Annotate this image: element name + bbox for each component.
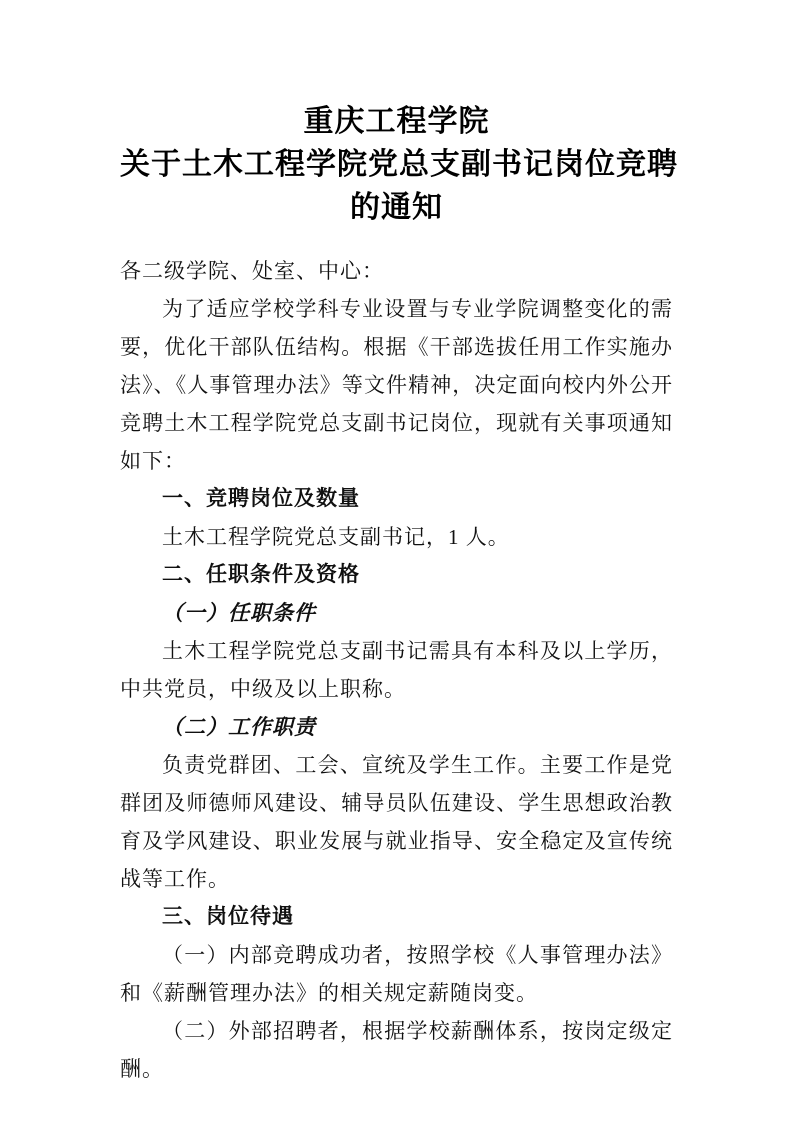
section-heading-qualifications: 二、任职条件及资格 — [120, 556, 673, 594]
subsection-heading-requirements: （一）任职条件 — [120, 594, 673, 632]
title-org-name: 重庆工程学院 — [120, 100, 673, 143]
document-body: 各二级学院、处室、中心： 为了适应学校学科专业设置与专业学院调整变化的需要，优化… — [120, 252, 673, 1088]
section-heading-positions: 一、竞聘岗位及数量 — [120, 480, 673, 518]
subsection-heading-duties: （二）工作职责 — [120, 708, 673, 746]
paragraph-requirements: 土木工程学院党总支副书记需具有本科及以上学历，中共党员，中级及以上职称。 — [120, 632, 673, 708]
document-title: 重庆工程学院 关于土木工程学院党总支副书记岗位竞聘 的通知 — [120, 100, 673, 229]
salutation-line: 各二级学院、处室、中心： — [120, 252, 673, 290]
paragraph-duties: 负责党群团、工会、宣统及学生工作。主要工作是党群团及师德师风建设、辅导员队伍建设… — [120, 746, 673, 898]
paragraph-internal-compensation: （一）内部竞聘成功者，按照学校《人事管理办法》和《薪酬管理办法》的相关规定薪随岗… — [120, 936, 673, 1012]
title-subject-line-1: 关于土木工程学院党总支副书记岗位竞聘 — [120, 143, 673, 186]
document-page: 重庆工程学院 关于土木工程学院党总支副书记岗位竞聘 的通知 各二级学院、处室、中… — [0, 0, 793, 1122]
paragraph-position-count: 土木工程学院党总支副书记，1 人。 — [120, 518, 673, 556]
paragraph-external-compensation: （二）外部招聘者，根据学校薪酬体系，按岗定级定酬。 — [120, 1012, 673, 1088]
paragraph-intro: 为了适应学校学科专业设置与专业学院调整变化的需要，优化干部队伍结构。根据《干部选… — [120, 290, 673, 480]
section-heading-compensation: 三、岗位待遇 — [120, 898, 673, 936]
title-subject-line-2: 的通知 — [120, 186, 673, 229]
